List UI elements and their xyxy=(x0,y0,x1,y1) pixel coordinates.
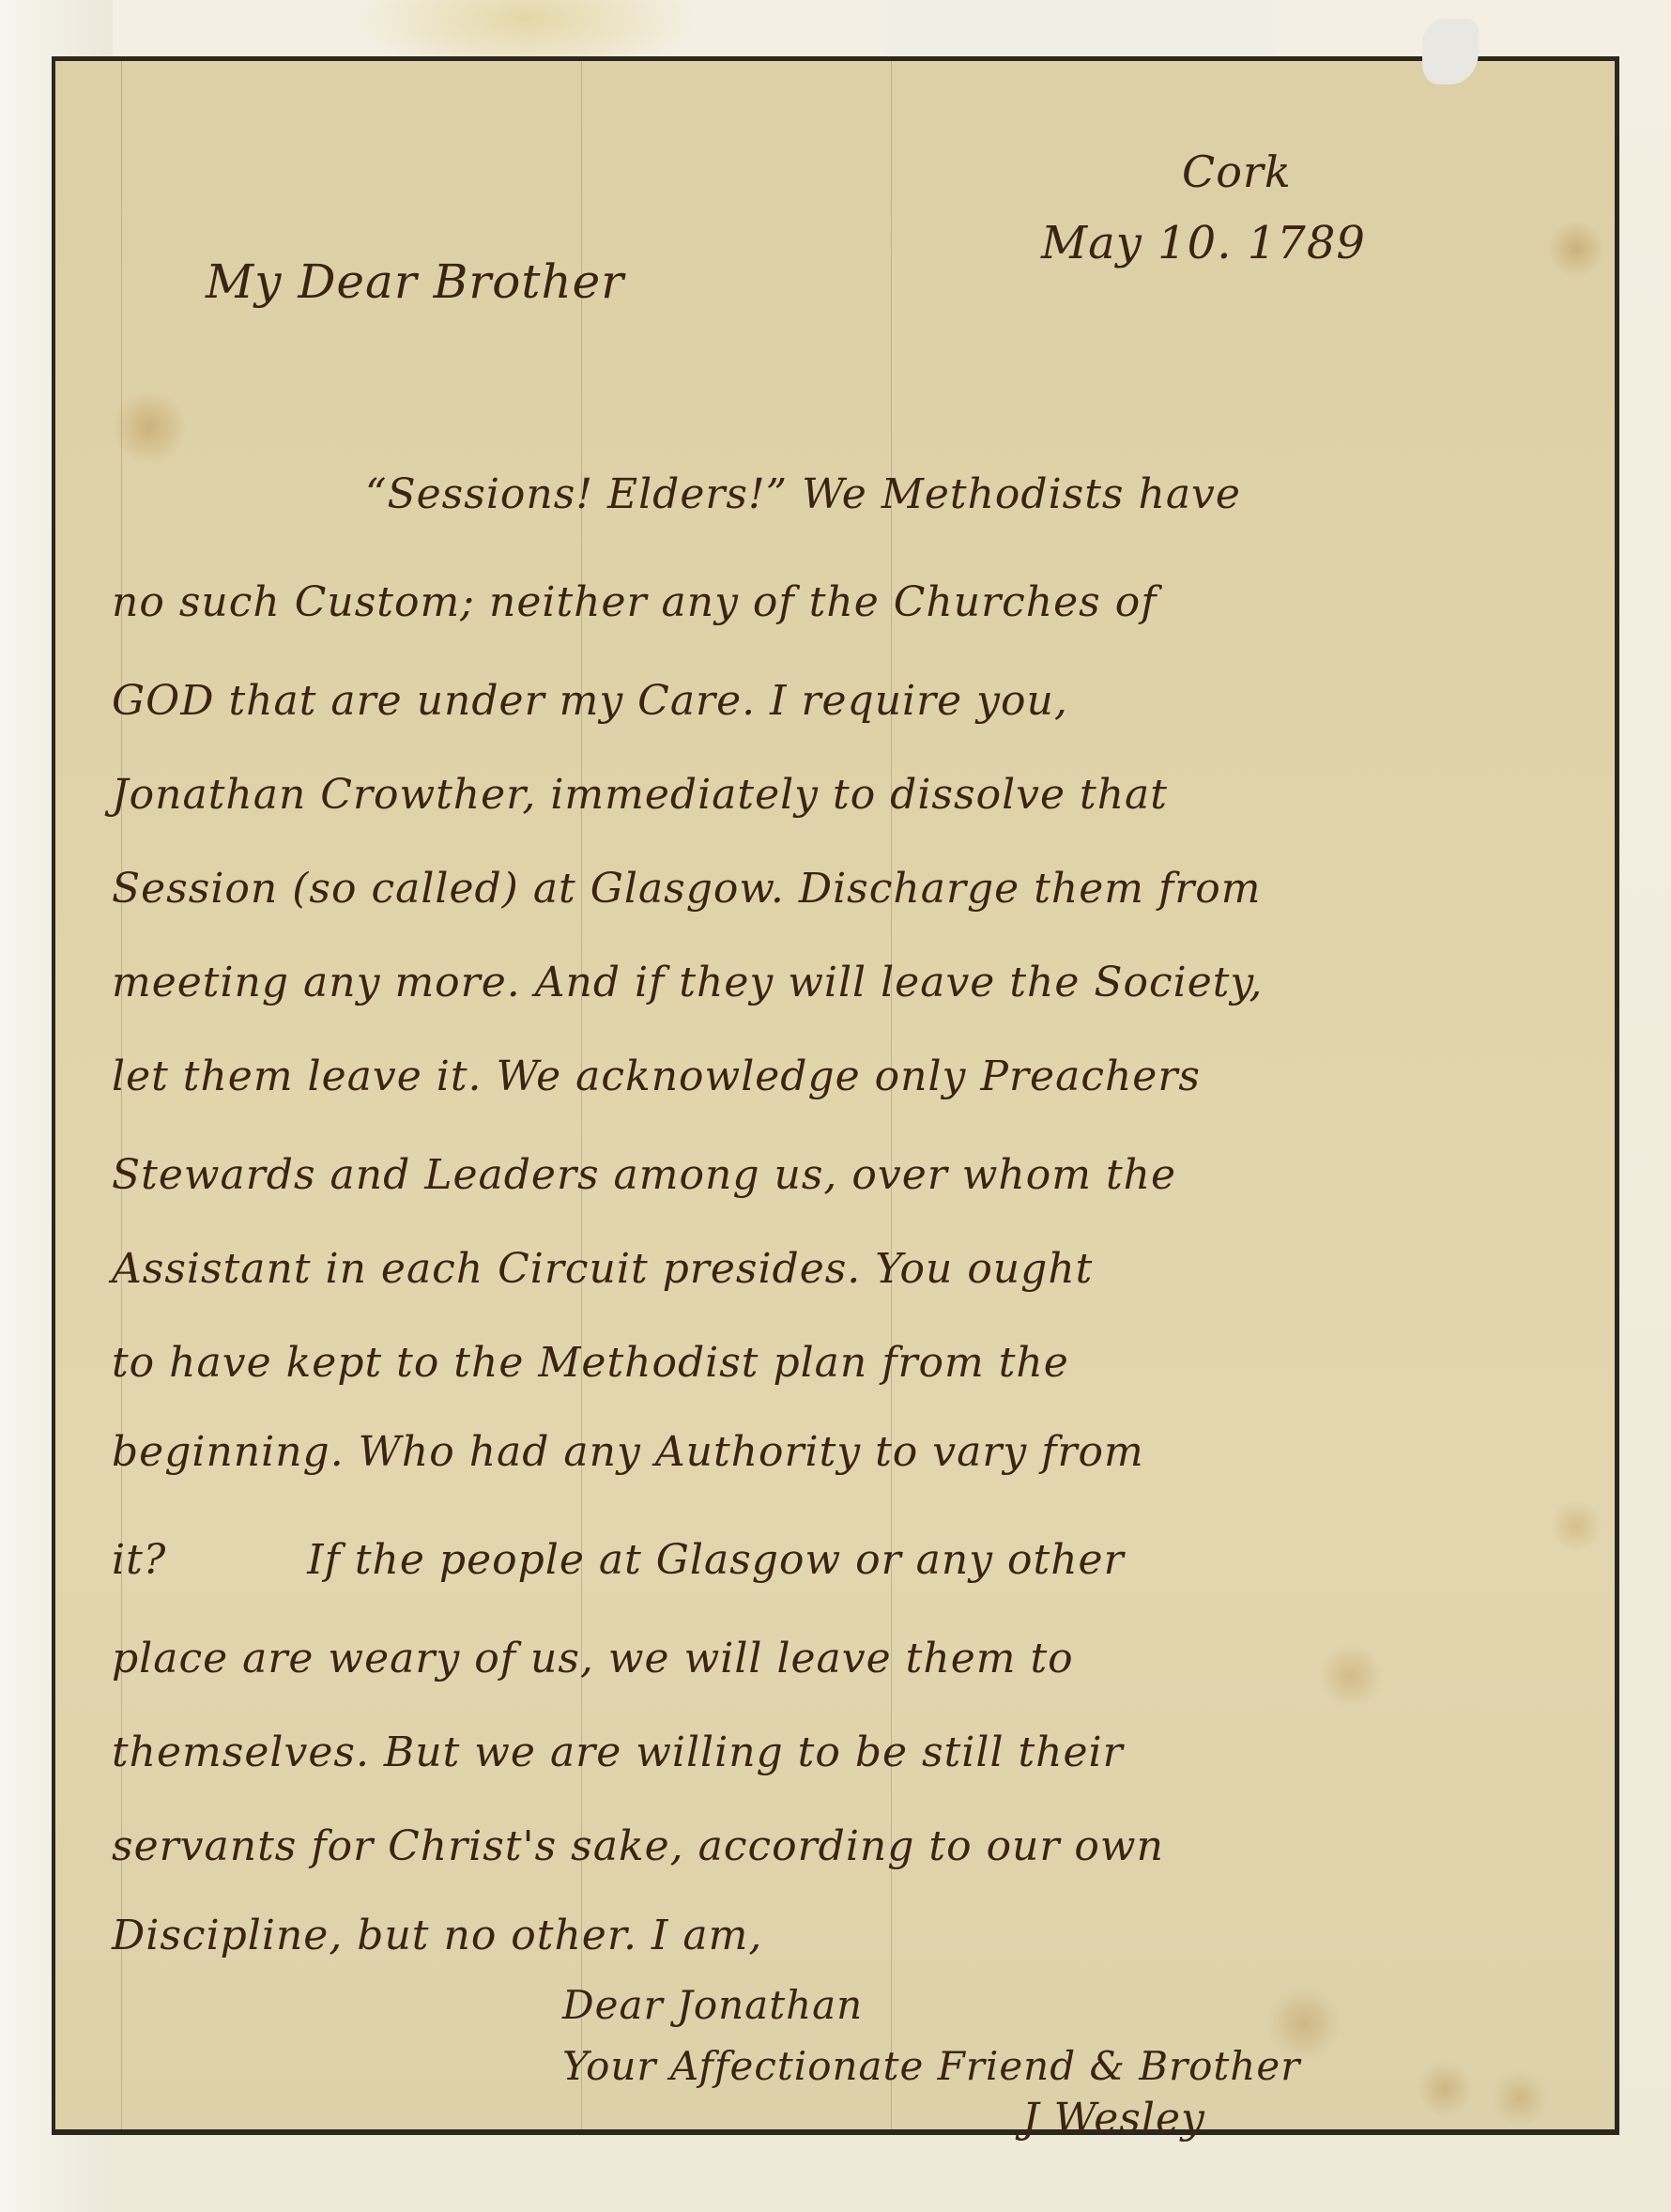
signature: J Wesley xyxy=(1022,2098,1205,2140)
body-line: it? If the people at Glasgow or any othe… xyxy=(112,1540,1125,1581)
body-line: let them leave it. We acknowledge only P… xyxy=(112,1056,1201,1098)
torn-corner xyxy=(1422,19,1479,84)
body-line: no such Custom; neither any of the Churc… xyxy=(112,582,1157,623)
body-line: GOD that are under my Care. I require yo… xyxy=(112,681,1068,722)
body-line: Assistant in each Circuit presides. You … xyxy=(112,1249,1093,1290)
body-line: Discipline, but no other. I am, xyxy=(112,1915,762,1957)
body-line: “Sessions! Elders!” We Methodists have xyxy=(365,474,1241,515)
body-line: Jonathan Crowther, immediately to dissol… xyxy=(112,775,1168,816)
letter-place: Cork xyxy=(1182,150,1292,193)
closing-phrase: Your Affectionate Friend & Brother xyxy=(562,2047,1300,2086)
body-line: themselves. But we are willing to be sti… xyxy=(112,1732,1124,1774)
body-line: beginning. Who had any Authority to vary… xyxy=(112,1432,1144,1473)
body-line: Session (so called) at Glasgow. Discharg… xyxy=(112,868,1262,910)
letter-date: May 10. 1789 xyxy=(1041,221,1366,266)
body-line: to have kept to the Methodist plan from … xyxy=(112,1343,1069,1384)
body-line: servants for Christ's sake, according to… xyxy=(112,1826,1164,1867)
letter-sheet: Cork May 10. 1789 My Dear Brother “Sessi… xyxy=(52,56,1619,2135)
body-line: place are weary of us, we will leave the… xyxy=(112,1638,1074,1680)
body-line: Stewards and Leaders among us, over whom… xyxy=(112,1155,1176,1196)
closing-address: Dear Jonathan xyxy=(562,1986,863,2025)
mounting-tape-top xyxy=(882,0,1277,56)
body-line: meeting any more. And if they will leave… xyxy=(112,962,1263,1004)
letter-salutation: My Dear Brother xyxy=(206,258,624,305)
